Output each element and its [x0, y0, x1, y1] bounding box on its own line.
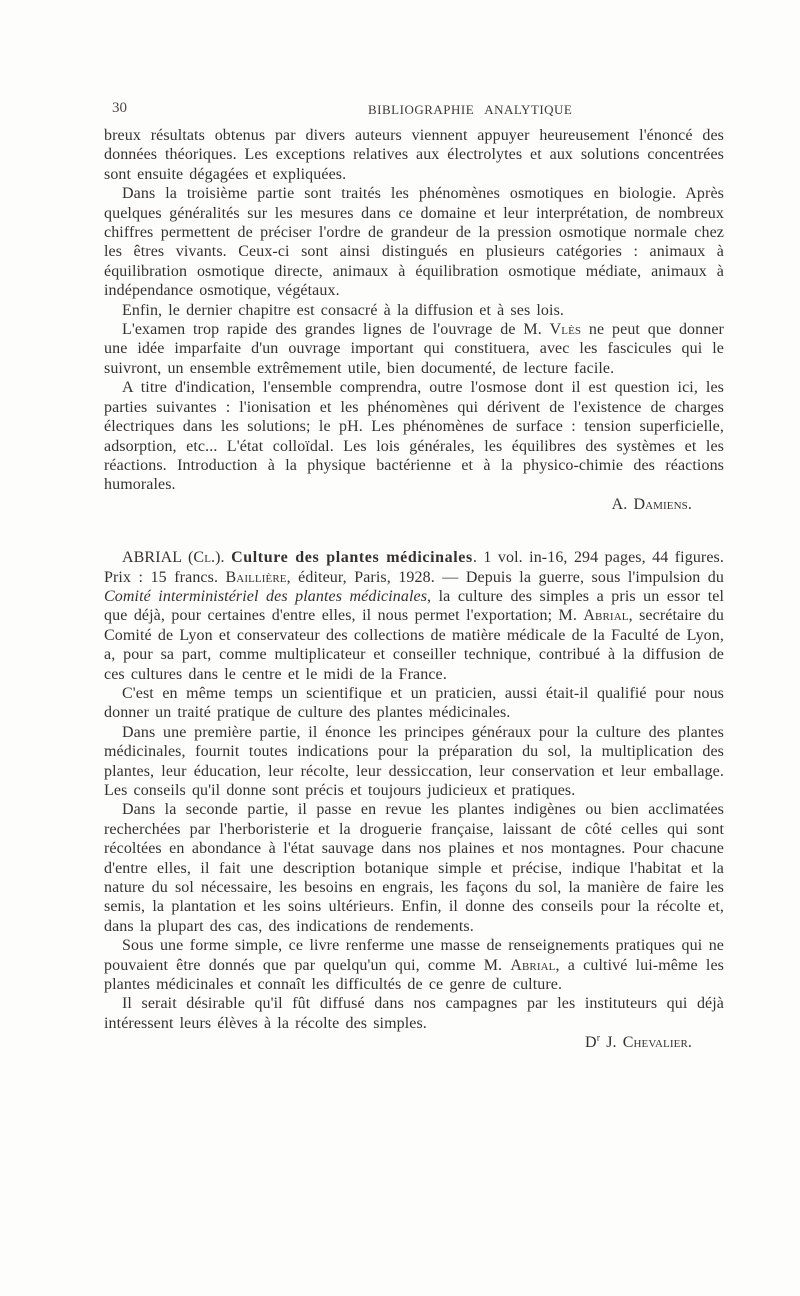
signature: Dr J. Chevalier.: [104, 1033, 724, 1052]
paragraph: C'est en même temps un scientifique et u…: [104, 684, 724, 723]
paragraph: A titre d'indication, l'ensemble compren…: [104, 378, 724, 494]
paragraph: Enfin, le dernier chapitre est consacré …: [104, 301, 724, 320]
paragraph: Sous une forme simple, ce livre renferme…: [104, 936, 724, 994]
paragraph: Il serait désirable qu'il fût diffusé da…: [104, 994, 724, 1033]
paragraph: Dans la seconde partie, il passe en revu…: [104, 800, 724, 936]
paragraph: ABRIAL (Cl.). Culture des plantes médici…: [104, 548, 724, 684]
paragraph: L'examen trop rapide des grandes lignes …: [104, 320, 724, 378]
page-number: 30: [112, 100, 127, 117]
bibliography-entry-abrial: ABRIAL (Cl.). Culture des plantes médici…: [104, 548, 724, 1053]
scanned-page: 30 BIBLIOGRAPHIE ANALYTIQUE breux résult…: [0, 0, 800, 1296]
text-block: breux résultats obtenus par divers auteu…: [104, 126, 724, 1053]
paragraph: breux résultats obtenus par divers auteu…: [104, 126, 724, 184]
paragraph: Dans la troisième partie sont traités le…: [104, 184, 724, 300]
paragraph: Dans une première partie, il énonce les …: [104, 723, 724, 801]
bibliography-entry-vles-continuation: breux résultats obtenus par divers auteu…: [104, 126, 724, 514]
running-title: BIBLIOGRAPHIE ANALYTIQUE: [368, 102, 572, 118]
signature: A. Damiens.: [104, 495, 724, 514]
